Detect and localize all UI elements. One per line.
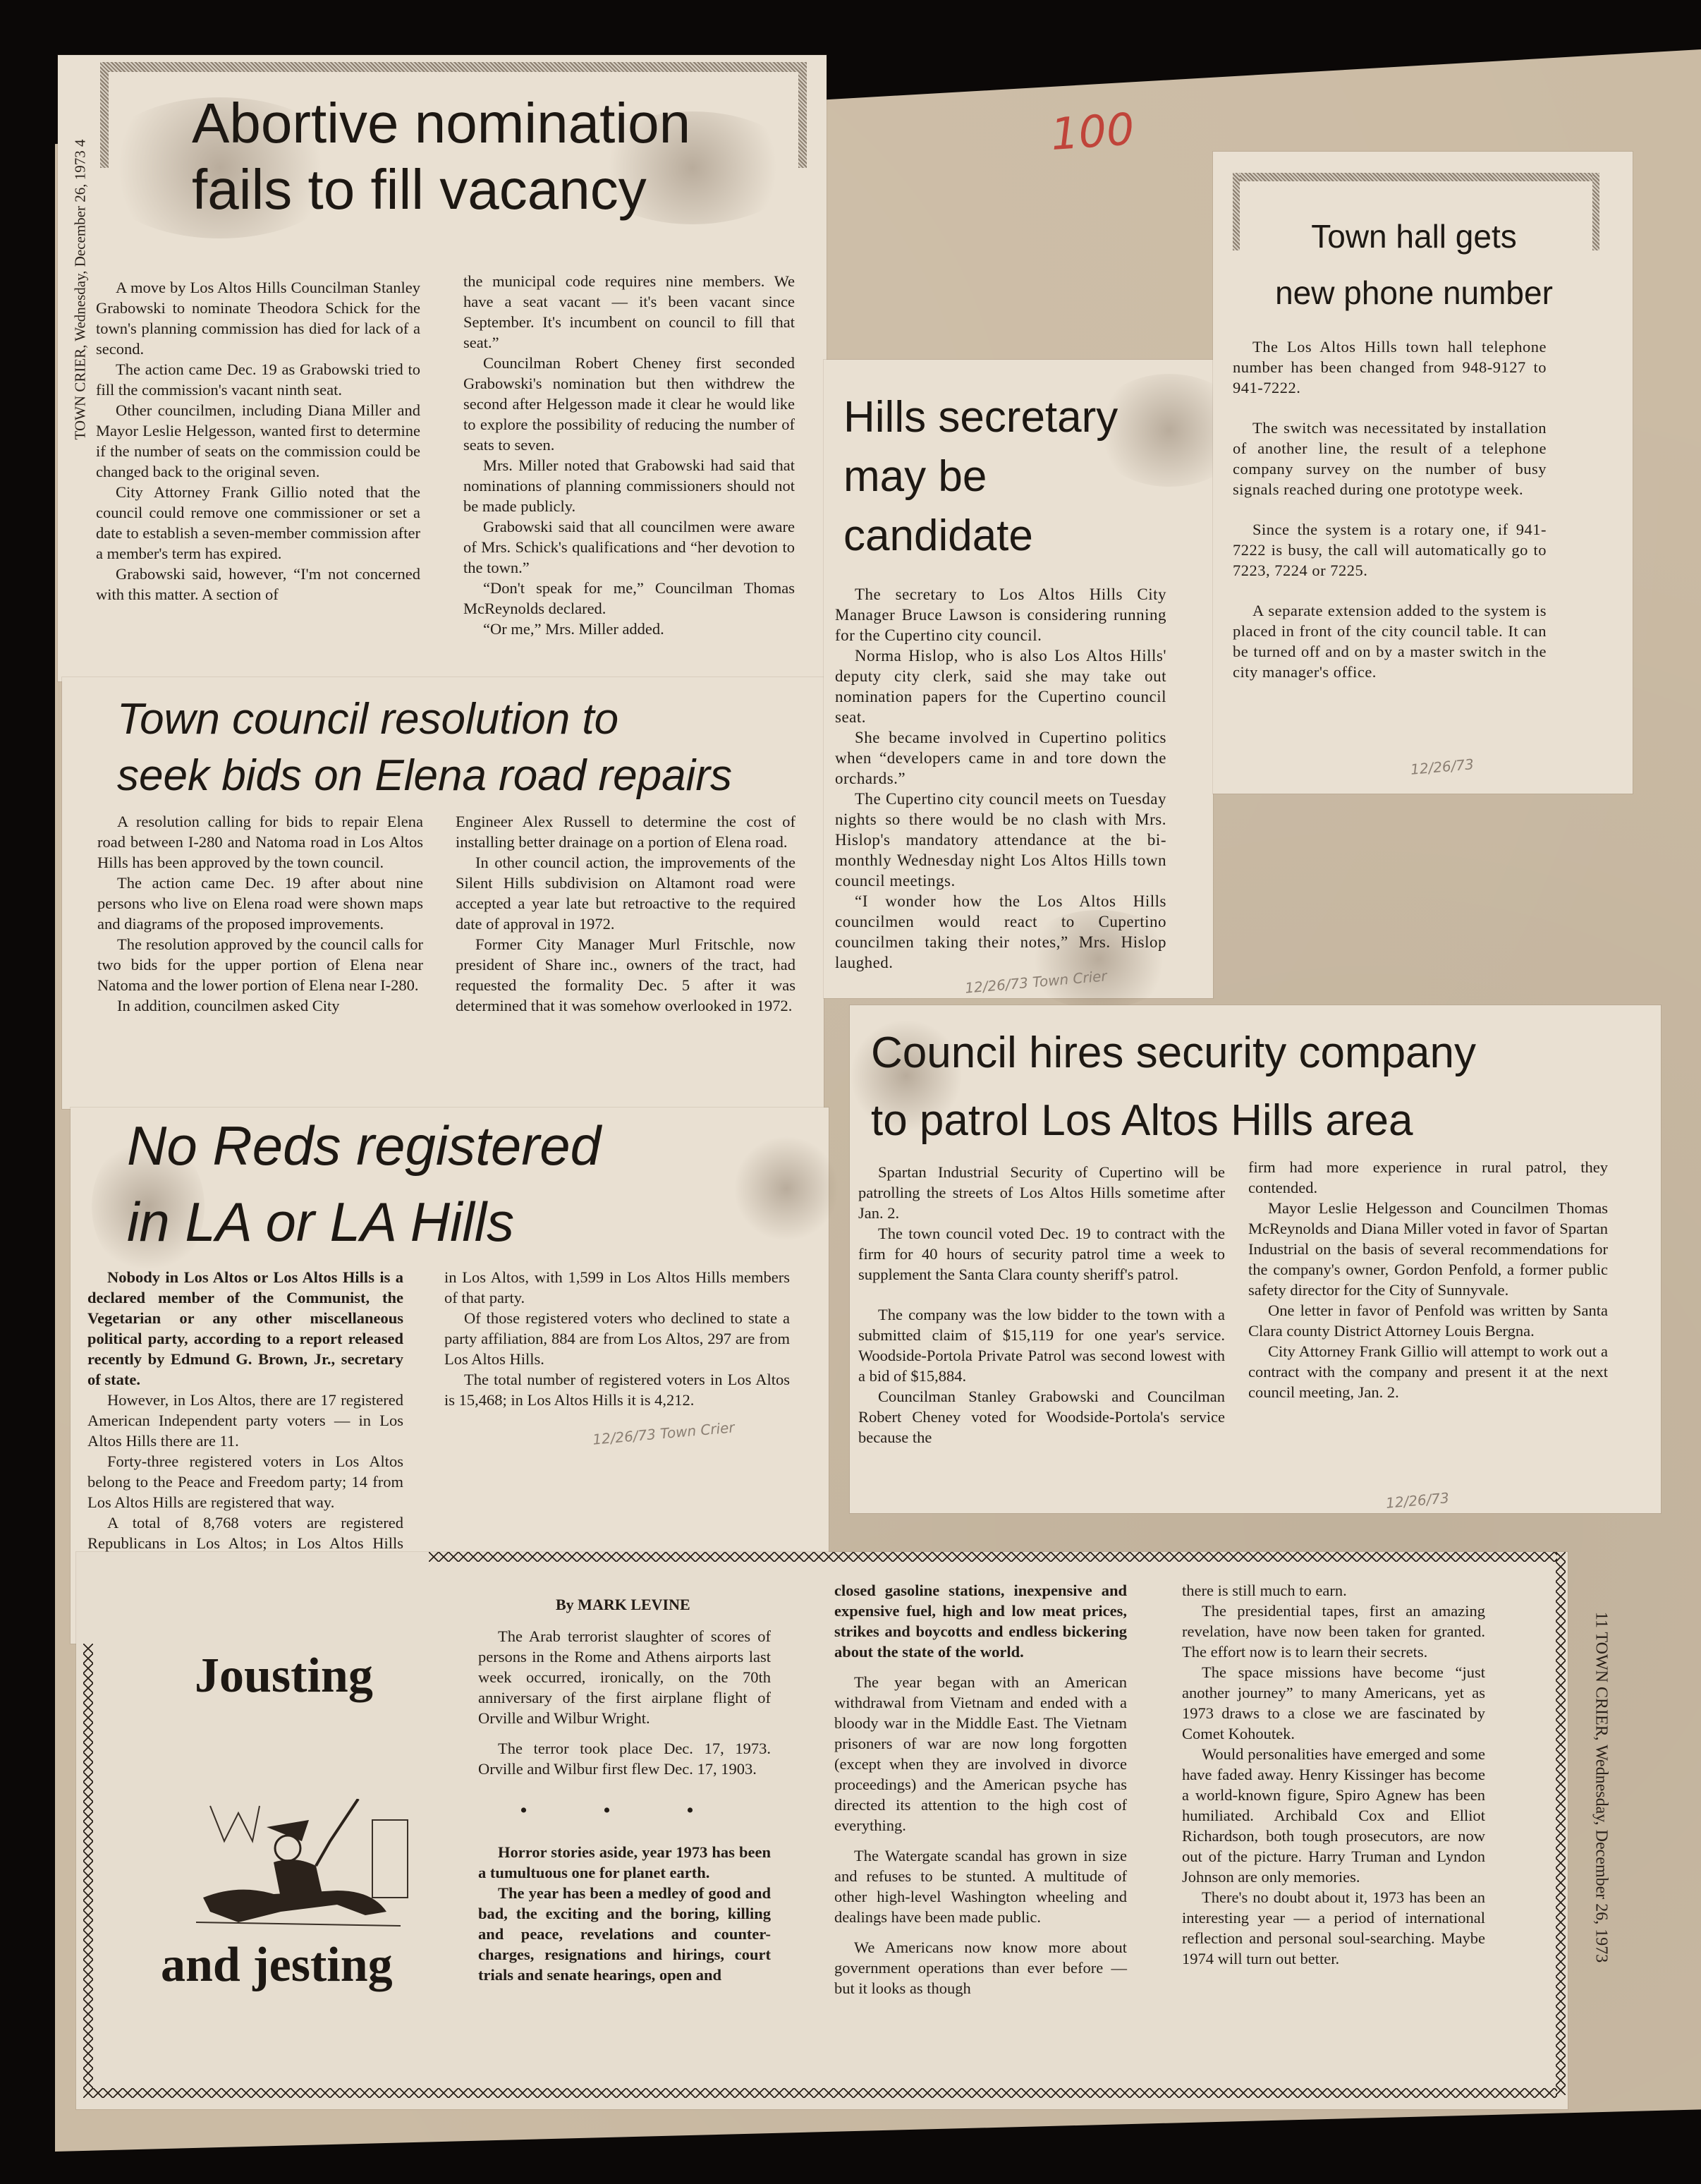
headline: Council hires security company to patrol… <box>871 1019 1476 1155</box>
headline: Abortive nomination fails to fill vacanc… <box>192 90 690 224</box>
headline-line: No Reds registered <box>127 1115 601 1177</box>
headline-border <box>1233 173 1599 181</box>
zigzag-border-bottom <box>83 2088 1557 2098</box>
headline-border <box>100 62 109 168</box>
headline-line: Hills secretary <box>843 393 1118 442</box>
paragraph: Norma Hislop, who is also Los Altos Hill… <box>835 645 1166 727</box>
article-column-2: in Los Altos, with 1,599 in Los Altos Hi… <box>444 1267 790 1410</box>
handwritten-date-note: 12/26/73 <box>1385 1489 1450 1512</box>
headline-line: may be <box>843 452 987 501</box>
paragraph: closed gasoline stations, inexpensive an… <box>834 1580 1127 1662</box>
paragraph: “Don't speak for me,” Councilman Thomas … <box>463 578 795 619</box>
headline-line: fails to fill vacancy <box>192 158 647 221</box>
paragraph: Forty-three registered voters in Los Alt… <box>87 1451 403 1512</box>
paragraph: Councilman Robert Cheney first seconded … <box>463 353 795 455</box>
handwritten-page-number: 100 <box>1049 103 1136 160</box>
paragraph: The Arab terrorist slaughter of scores o… <box>478 1626 771 1728</box>
paragraph: The presidential tapes, first an amazing… <box>1182 1601 1485 1662</box>
headline: No Reds registered in LA or LA Hills <box>127 1108 601 1260</box>
headline-line: seek bids on Elena road repairs <box>117 751 732 800</box>
article-column-2: Engineer Alex Russell to determine the c… <box>456 811 795 1016</box>
headline-line: Town hall gets <box>1311 218 1517 255</box>
paragraph: The year began with an American withdraw… <box>834 1672 1127 1836</box>
paragraph: Grabowski said, however, “I'm not concer… <box>96 564 420 605</box>
paragraph: The secretary to Los Altos Hills City Ma… <box>835 584 1166 645</box>
paragraph: Horror stories aside, year 1973 has been… <box>478 1842 771 1883</box>
paragraph: In other council action, the improvement… <box>456 852 795 934</box>
zigzag-border-top <box>429 1552 1557 1562</box>
paragraph: The space missions have become “just ano… <box>1182 1662 1485 1744</box>
jester-on-horse-illustration <box>196 1799 422 1933</box>
paragraph: Of those registered voters who declined … <box>444 1308 790 1369</box>
clipping-town-hall-phone: Town hall gets new phone number The Los … <box>1213 152 1633 794</box>
paragraph: in Los Altos, with 1,599 in Los Altos Hi… <box>444 1267 790 1308</box>
clipping-jousting-and-jesting: Jousting and jesting By MARK LEVINE The … <box>76 1552 1568 2109</box>
paragraph: Mayor Leslie Helgesson and Councilmen Th… <box>1248 1198 1608 1300</box>
article-column-1: A move by Los Altos Hills Councilman Sta… <box>96 277 420 605</box>
water-stain <box>733 1136 839 1242</box>
headline-line: new phone number <box>1275 274 1553 311</box>
article-column-1: Nobody in Los Altos or Los Altos Hills i… <box>87 1267 403 1594</box>
headline-line: to patrol Los Altos Hills area <box>871 1096 1413 1145</box>
clipping-elena-road: Town council resolution to seek bids on … <box>62 677 824 1109</box>
headline-border <box>798 62 807 168</box>
byline: By MARK LEVINE <box>556 1596 690 1614</box>
headline-line: Council hires security company <box>871 1029 1476 1077</box>
paragraph: One letter in favor of Penfold was writt… <box>1248 1300 1608 1341</box>
section-separator: • • • <box>478 1800 771 1821</box>
paragraph: Councilman Stanley Grabowski and Council… <box>858 1386 1225 1448</box>
paragraph: Other councilmen, including Diana Miller… <box>96 400 420 482</box>
paragraph: Former City Manager Murl Fritschle, now … <box>456 934 795 1016</box>
paragraph: Nobody in Los Altos or Los Altos Hills i… <box>87 1267 403 1390</box>
paragraph: The Los Altos Hills town hall telephone … <box>1233 336 1547 398</box>
headline-border <box>1233 173 1240 250</box>
masthead-left: TOWN CRIER, Wednesday, December 26, 1973… <box>72 78 90 502</box>
paragraph: Grabowski said that all councilmen were … <box>463 516 795 578</box>
column-title: and jesting <box>161 1936 393 1995</box>
paragraph: Would personalities have emerged and som… <box>1182 1744 1485 1887</box>
clipping-abortive-nomination: TOWN CRIER, Wednesday, December 26, 1973… <box>58 55 827 681</box>
paragraph: The year has been a medley of good and b… <box>478 1883 771 1985</box>
paragraph: A separate extension added to the system… <box>1233 600 1547 682</box>
headline: Town council resolution to seek bids on … <box>117 691 732 804</box>
paragraph: We Americans now know more about governm… <box>834 1937 1127 1998</box>
paragraph: City Attorney Frank Gillio noted that th… <box>96 482 420 564</box>
handwritten-date-note: 12/26/73 Town Crier <box>592 1419 735 1448</box>
paragraph: The terror took place Dec. 17, 1973. Orv… <box>478 1738 771 1779</box>
headline-line: Abortive nomination <box>192 92 690 154</box>
handwritten-date-note: 12/26/73 <box>1410 756 1475 778</box>
article-column-2: the municipal code requires nine members… <box>463 271 795 639</box>
clipping-security-company: Council hires security company to patrol… <box>850 1005 1661 1513</box>
zigzag-border-right <box>1556 1552 1566 2095</box>
paragraph: The Watergate scandal has grown in size … <box>834 1845 1127 1927</box>
headline-border <box>1592 173 1599 250</box>
clipping-hills-secretary: Hills secretary may be candidate The sec… <box>824 360 1213 998</box>
paragraph: There's no doubt about it, 1973 has been… <box>1182 1887 1485 1969</box>
paragraph: A move by Los Altos Hills Councilman Sta… <box>96 277 420 359</box>
paragraph: The action came Dec. 19 after about nine… <box>97 873 423 934</box>
paragraph: there is still much to earn. <box>1182 1580 1485 1601</box>
paragraph: The resolution approved by the council c… <box>97 934 423 995</box>
paragraph: A resolution calling for bids to repair … <box>97 811 423 873</box>
paragraph: City Attorney Frank Gillio will attempt … <box>1248 1341 1608 1402</box>
paragraph: The switch was necessitated by installat… <box>1233 418 1547 499</box>
headline-border <box>100 62 805 72</box>
paragraph: the municipal code requires nine members… <box>463 271 795 353</box>
paragraph: The company was the low bidder to the to… <box>858 1304 1225 1386</box>
headline: Town hall gets new phone number <box>1248 208 1580 321</box>
headline-line: Town council resolution to <box>117 695 618 744</box>
paragraph: “I wonder how the Los Altos Hills counci… <box>835 891 1166 973</box>
paragraph: Engineer Alex Russell to determine the c… <box>456 811 795 852</box>
paragraph: Spartan Industrial Security of Cupertino… <box>858 1162 1225 1223</box>
article-column-1: Spartan Industrial Security of Cupertino… <box>858 1162 1225 1448</box>
column-title: Jousting <box>195 1647 373 1706</box>
paragraph: However, in Los Altos, there are 17 regi… <box>87 1390 403 1451</box>
article-body: The Los Altos Hills town hall telephone … <box>1233 336 1547 682</box>
paragraph: She became involved in Cupertino politic… <box>835 727 1166 789</box>
headline: Hills secretary may be candidate <box>843 388 1118 566</box>
paragraph: firm had more experience in rural patrol… <box>1248 1157 1608 1198</box>
paragraph: The action came Dec. 19 as Grabowski tri… <box>96 359 420 400</box>
article-column-2: firm had more experience in rural patrol… <box>1248 1157 1608 1402</box>
article-column-1: A resolution calling for bids to repair … <box>97 811 423 1016</box>
paragraph: The Cupertino city council meets on Tues… <box>835 789 1166 891</box>
headline-line: candidate <box>843 511 1033 560</box>
headline-line: in LA or LA Hills <box>127 1191 514 1253</box>
paragraph: The total number of registered voters in… <box>444 1369 790 1410</box>
masthead-right: 11 TOWN CRIER, Wednesday, December 26, 1… <box>1592 1583 1611 1992</box>
zigzag-border-left <box>83 1644 93 2095</box>
paragraph: “Or me,” Mrs. Miller added. <box>463 619 795 639</box>
article-column-3: there is still much to earn. The preside… <box>1182 1580 1485 1969</box>
paragraph: Mrs. Miller noted that Grabowski had sai… <box>463 455 795 516</box>
article-column-1: The Arab terrorist slaughter of scores o… <box>478 1626 771 1985</box>
paragraph: Since the system is a rotary one, if 941… <box>1233 519 1547 581</box>
paragraph: In addition, councilmen asked City <box>97 995 423 1016</box>
paragraph: The town council voted Dec. 19 to contra… <box>858 1223 1225 1285</box>
article-column-2: closed gasoline stations, inexpensive an… <box>834 1580 1127 1998</box>
article-body: The secretary to Los Altos Hills City Ma… <box>835 584 1166 973</box>
